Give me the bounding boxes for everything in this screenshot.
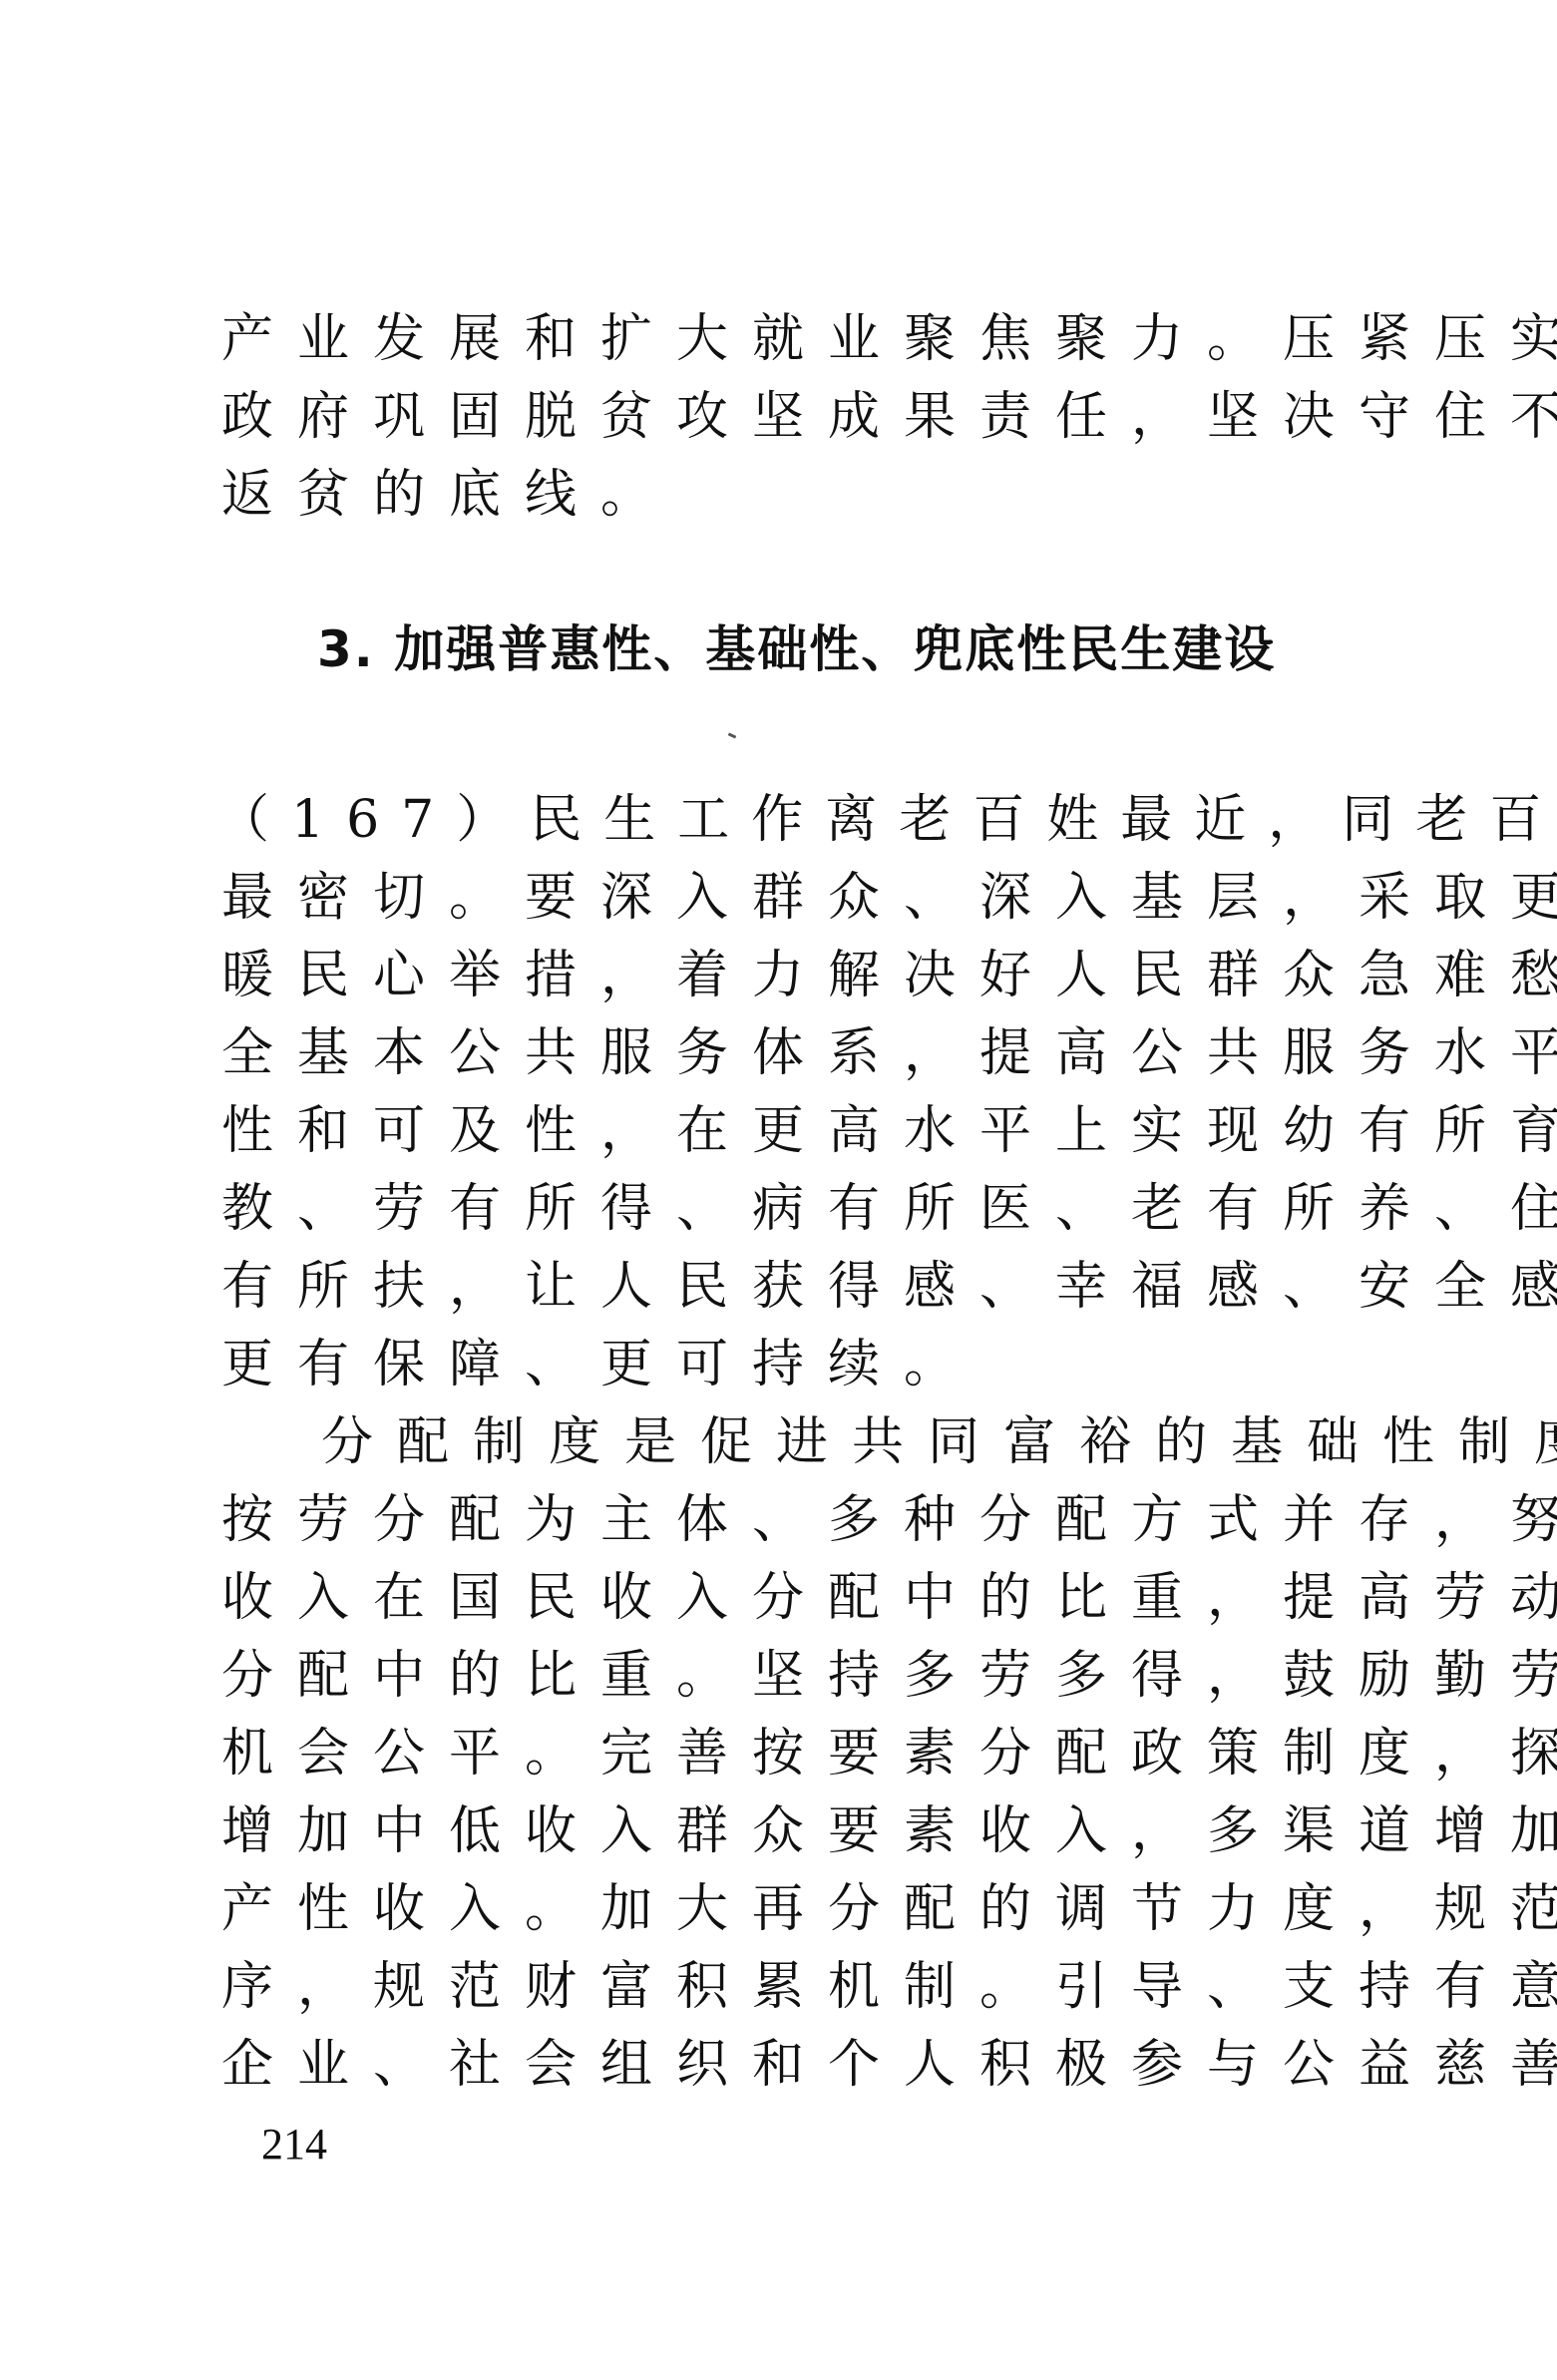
text-line: 产业发展和扩大就业聚焦聚力。压紧压实各级党委和 — [221, 300, 1378, 378]
paragraph-distribution: 分配制度是促进共同富裕的基础性制度。要坚持 按劳分配为主体、多种分配方式并存，努… — [221, 1403, 1378, 2104]
text-line: 增加中低收入群众要素收入，多渠道增加城乡居民财 — [221, 1792, 1378, 1870]
text-line: 全基本公共服务体系，提高公共服务水平，增强均衡 — [221, 1014, 1378, 1092]
text-line: 序，规范财富积累机制。引导、支持有意愿有能力的 — [221, 1948, 1378, 2026]
text-line: 暖民心举措，着力解决好人民群众急难愁盼问题，健 — [221, 937, 1378, 1014]
text-line: 企业、社会组织和个人积极参与公益慈善事业。 — [221, 2026, 1378, 2104]
section-heading: 3. 加强普惠性、基础性、兜底性民生建设 — [317, 616, 1276, 682]
text-line: 按劳分配为主体、多种分配方式并存，努力提高居民 — [221, 1481, 1378, 1559]
text-line: 教、劳有所得、病有所医、老有所养、住有所居、弱 — [221, 1170, 1378, 1248]
text-line: 返贫的底线。 — [221, 456, 1378, 534]
text-line: 产性收入。加大再分配的调节力度，规范收入分配秩 — [221, 1870, 1378, 1948]
scan-speck — [728, 732, 737, 738]
text-line: 最密切。要深入群众、深入基层，采取更多惠民生、 — [221, 859, 1378, 937]
text-line: 有所扶，让人民获得感、幸福感、安全感更加充实、 — [221, 1248, 1378, 1326]
text-line: 机会公平。完善按要素分配政策制度，探索多种渠道 — [221, 1715, 1378, 1792]
book-page: 产业发展和扩大就业聚焦聚力。压紧压实各级党委和 政府巩固脱贫攻坚成果责任，坚决守… — [0, 0, 1557, 2380]
paragraph-167: （167）民生工作离老百姓最近，同老百姓生活 最密切。要深入群众、深入基层，采取… — [221, 781, 1378, 1403]
continuation-paragraph: 产业发展和扩大就业聚焦聚力。压紧压实各级党委和 政府巩固脱贫攻坚成果责任，坚决守… — [221, 300, 1378, 534]
text-line: （167）民生工作离老百姓最近，同老百姓生活 — [217, 781, 1378, 859]
text-line: 政府巩固脱贫攻坚成果责任，坚决守住不发生规模性 — [221, 378, 1378, 456]
text-line: 性和可及性，在更高水平上实现幼有所育、学有所 — [221, 1092, 1378, 1170]
text-line: 收入在国民收入分配中的比重，提高劳动报酬在初次 — [221, 1559, 1378, 1637]
page-number: 214 — [261, 2117, 327, 2173]
text-line: 分配中的比重。坚持多劳多得，鼓励勤劳致富，促进 — [221, 1637, 1378, 1715]
text-line: 分配制度是促进共同富裕的基础性制度。要坚持 — [221, 1403, 1378, 1481]
text-line: 更有保障、更可持续。 — [221, 1326, 1378, 1403]
